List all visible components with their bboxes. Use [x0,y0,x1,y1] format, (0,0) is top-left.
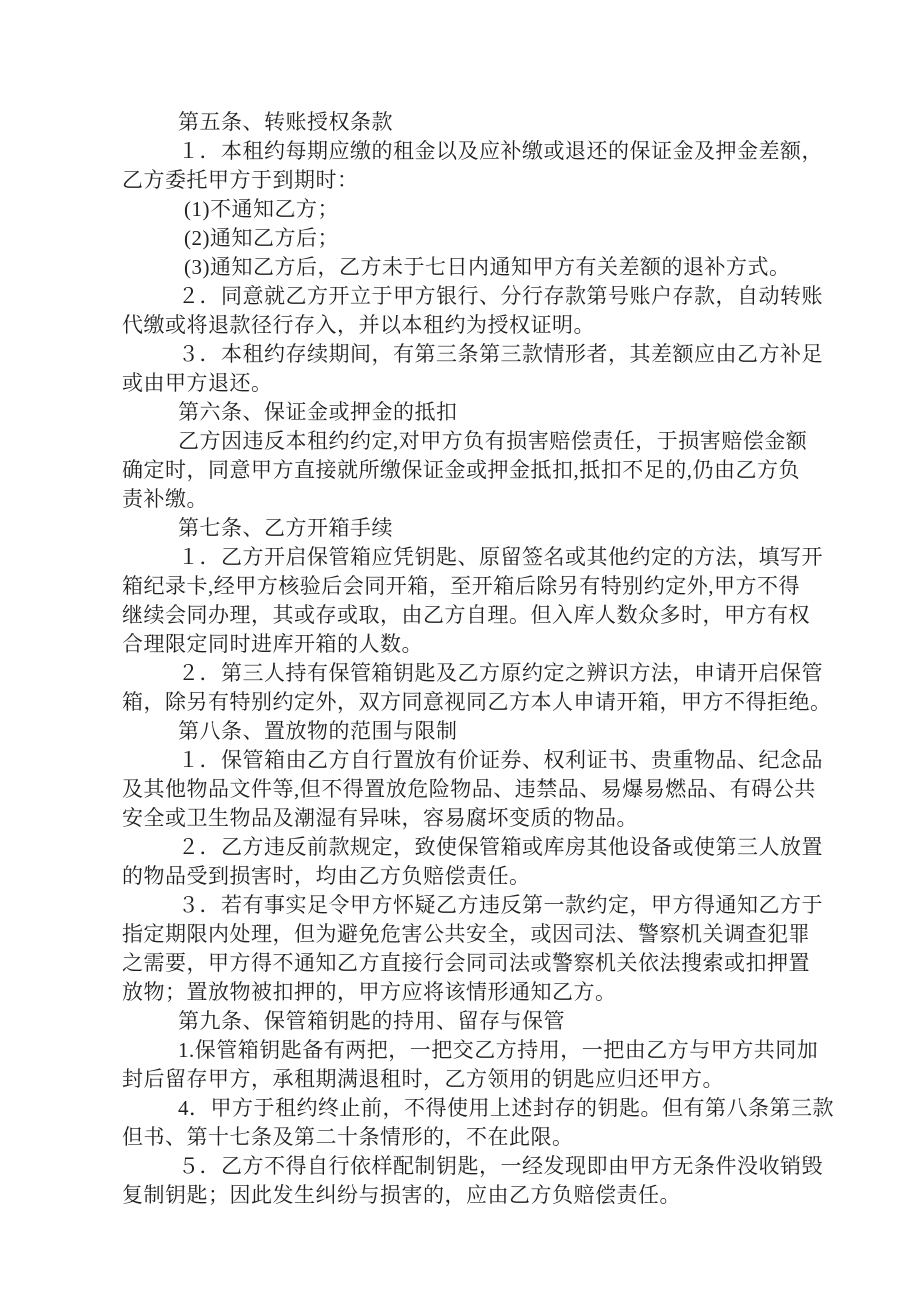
text-line: 之需要，甲方得不通知乙方直接行会同司法或警察机关依法搜索或扣押置 [122,949,797,978]
text-line: 放物；置放物被扣押的，甲方应将该情形通知乙方。 [122,978,797,1007]
section-heading: 第六条、保证金或押金的抵扣 [178,398,797,427]
section-heading: 第八条、置放物的范围与限制 [178,717,797,746]
text-line: 合理限定同时进库开箱的人数。 [122,630,797,659]
text-line: (1)不通知乙方； [184,195,797,224]
contract-text-block: 第五条、转账授权条款１．本租约每期应缴的租金以及应补缴或退还的保证金及押金差额，… [122,108,797,1210]
text-line: 继续会同办理，其或存或取，由乙方自理。但入库人数众多时，甲方有权 [122,601,797,630]
text-line: 箱，除另有特别约定外，双方同意视同乙方本人申请开箱，甲方不得拒绝。 [122,688,797,717]
text-line: 4．甲方于租约终止前，不得使用上述封存的钥匙。但有第八条第三款 [178,1094,797,1123]
section-heading: 第五条、转账授权条款 [178,108,797,137]
text-line: 或由甲方退还。 [122,369,797,398]
text-line: 的物品受到损害时，均由乙方负赔偿责任。 [122,862,797,891]
text-line: ２．第三人持有保管箱钥匙及乙方原约定之辨识方法，申请开启保管 [178,659,797,688]
text-line: 封后留存甲方，承租期满退租时，乙方领用的钥匙应归还甲方。 [122,1065,797,1094]
text-line: 及其他物品文件等,但不得置放危险物品、违禁品、易爆易燃品、有碍公共 [122,775,797,804]
text-line: 确定时，同意甲方直接就所缴保证金或押金抵扣,抵扣不足的,仍由乙方负 [122,456,797,485]
text-line: 责补缴。 [122,485,797,514]
text-line: 1.保管箱钥匙备有两把，一把交乙方持用，一把由乙方与甲方共同加 [178,1036,797,1065]
text-line: ２．乙方违反前款规定，致使保管箱或库房其他设备或使第三人放置 [178,833,797,862]
text-line: 代缴或将退款径行存入，并以本租约为授权证明。 [122,311,797,340]
text-line: ２．同意就乙方开立于甲方银行、分行存款第号账户存款，自动转账 [178,282,797,311]
text-line: (2)通知乙方后； [184,224,797,253]
text-line: 但书、第十七条及第二十条情形的，不在此限。 [122,1123,797,1152]
document-page: 第五条、转账授权条款１．本租约每期应缴的租金以及应补缴或退还的保证金及押金差额，… [0,0,920,1301]
text-line: 箱纪录卡,经甲方核验后会同开箱，至开箱后除另有特别约定外,甲方不得 [122,572,797,601]
text-line: 复制钥匙；因此发生纠纷与损害的，应由乙方负赔偿责任。 [122,1181,797,1210]
text-line: 指定期限内处理，但为避免危害公共安全，或因司法、警察机关调查犯罪 [122,920,797,949]
text-line: １．本租约每期应缴的租金以及应补缴或退还的保证金及押金差额， [178,137,797,166]
text-line: １．乙方开启保管箱应凭钥匙、原留签名或其他约定的方法，填写开 [178,543,797,572]
text-line: ５．乙方不得自行依样配制钥匙，一经发现即由甲方无条件没收销毁 [178,1152,797,1181]
text-line: 乙方因违反本租约约定,对甲方负有损害赔偿责任，于损害赔偿金额 [178,427,797,456]
text-line: 安全或卫生物品及潮湿有异味，容易腐坏变质的物品。 [122,804,797,833]
section-heading: 第七条、乙方开箱手续 [178,514,797,543]
text-line: ３．本租约存续期间，有第三条第三款情形者，其差额应由乙方补足 [178,340,797,369]
text-line: (3)通知乙方后，乙方未于七日内通知甲方有关差额的退补方式。 [184,253,797,282]
section-heading: 第九条、保管箱钥匙的持用、留存与保管 [178,1007,797,1036]
text-line: ３．若有事实足令甲方怀疑乙方违反第一款约定，甲方得通知乙方于 [178,891,797,920]
text-line: 乙方委托甲方于到期时： [122,166,797,195]
text-line: １．保管箱由乙方自行置放有价证券、权利证书、贵重物品、纪念品 [178,746,797,775]
